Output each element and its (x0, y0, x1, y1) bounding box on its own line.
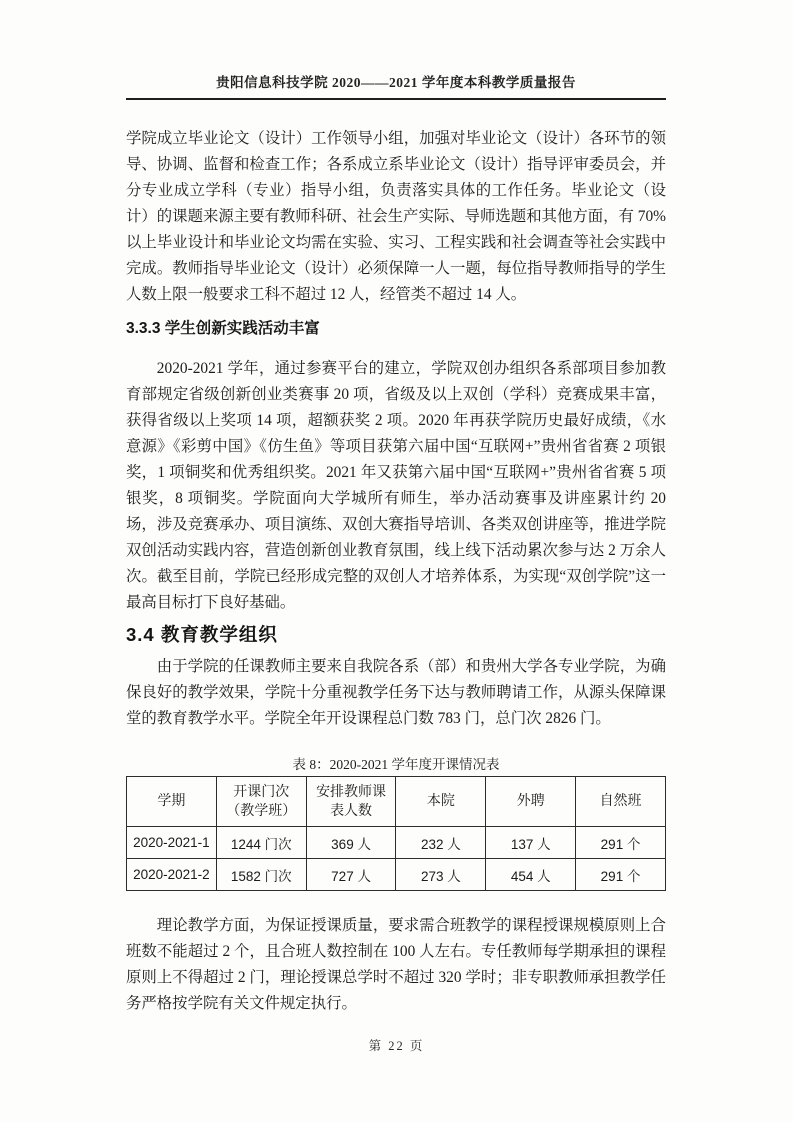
table-header-cell: 安排教师课表人数 (306, 777, 396, 827)
table-cell: 727 人 (306, 859, 396, 891)
paragraph-graduation-thesis: 学院成立毕业论文（设计）工作领导小组，加强对毕业论文（设计）各环节的领导、协调、… (126, 126, 666, 308)
page-header-title: 贵阳信息科技学院 2020——2021 学年度本科教学质量报告 (126, 74, 666, 100)
table-row: 2020-2021-11244 门次369 人232 人137 人291 个 (127, 827, 666, 859)
section-heading-3-4: 3.4 教育教学组织 (126, 622, 666, 648)
table-caption: 表 8：2020-2021 学年度开课情况表 (126, 756, 666, 774)
table-cell: 1582 门次 (216, 859, 306, 891)
paragraph-teaching-organization: 由于学院的任课教师主要来自我院各系（部）和贵州大学各专业学院，为确保良好的教学效… (126, 654, 666, 732)
table-header-cell: 外聘 (486, 777, 576, 827)
table-cell: 232 人 (396, 827, 486, 859)
page-number: 第 22 页 (0, 1036, 793, 1054)
table-header-cell: 开课门次（教学班） (216, 777, 306, 827)
course-table-body: 2020-2021-11244 门次369 人232 人137 人291 个20… (127, 827, 666, 891)
table-cell: 1244 门次 (216, 827, 306, 859)
table-cell: 2020-2021-2 (127, 859, 217, 891)
page-content: 贵阳信息科技学院 2020——2021 学年度本科教学质量报告 学院成立毕业论文… (126, 0, 666, 1017)
table-cell: 291 个 (576, 827, 666, 859)
table-cell: 2020-2021-1 (127, 827, 217, 859)
table-cell: 137 人 (486, 827, 576, 859)
paragraph-theory-teaching: 理论教学方面，为保证授课质量，要求需合班教学的课程授课规模原则上合班数不能超过 … (126, 913, 666, 1017)
table-cell: 273 人 (396, 859, 486, 891)
table-cell: 291 个 (576, 859, 666, 891)
table-cell: 369 人 (306, 827, 396, 859)
report-page: 贵阳信息科技学院 2020——2021 学年度本科教学质量报告 学院成立毕业论文… (0, 0, 793, 1122)
course-table: 学期开课门次（教学班）安排教师课表人数本院外聘自然班 2020-2021-112… (126, 776, 666, 891)
paragraph-innovation-practice: 2020-2021 学年，通过参赛平台的建立，学院双创办组织各系部项目参加教育部… (126, 356, 666, 616)
course-table-head-row: 学期开课门次（教学班）安排教师课表人数本院外聘自然班 (127, 777, 666, 827)
table-header-cell: 自然班 (576, 777, 666, 827)
table-header-cell: 本院 (396, 777, 486, 827)
table-row: 2020-2021-21582 门次727 人273 人454 人291 个 (127, 859, 666, 891)
table-header-cell: 学期 (127, 777, 217, 827)
section-heading-3-3-3: 3.3.3 学生创新实践活动丰富 (126, 318, 666, 340)
table-cell: 454 人 (486, 859, 576, 891)
